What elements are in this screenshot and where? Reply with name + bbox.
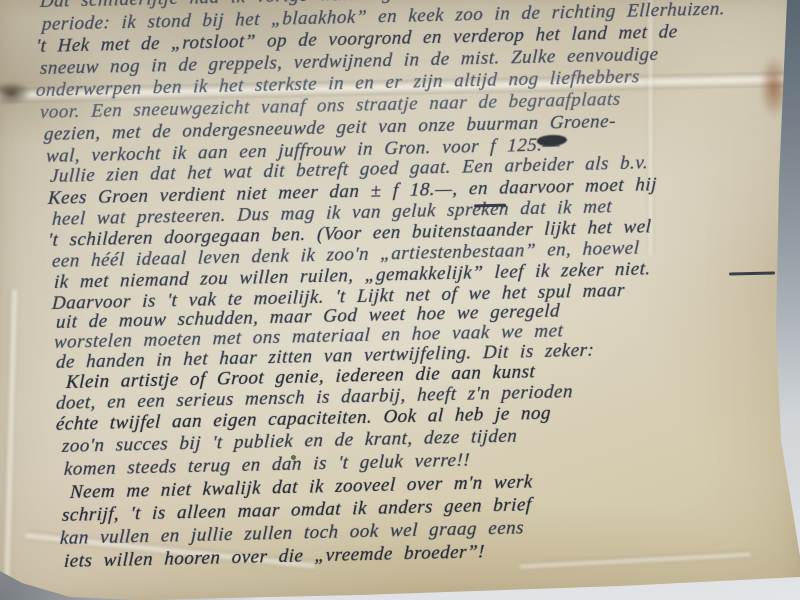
rust-stain <box>760 56 788 118</box>
letter-paper: Dat schilderijtje had ik vorige winter g… <box>0 0 800 600</box>
photo-of-letter: Dat schilderijtje had ik vorige winter g… <box>0 0 800 600</box>
